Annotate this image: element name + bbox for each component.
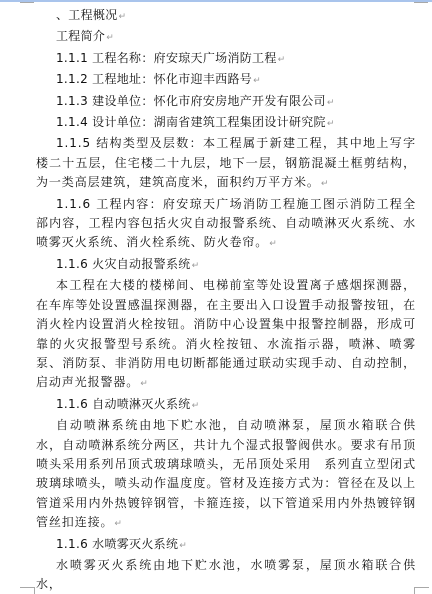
paragraph-mark-icon: ↵ bbox=[179, 541, 187, 551]
document-paragraph[interactable]: 本工程在大楼的楼梯间、电梯前室等处设置离子感烟探测器，在车库等处设置感温探测器，… bbox=[36, 276, 416, 394]
document-paragraph[interactable]: 1.1.6 工程内容：府安琼天广场消防工程施工图示消防工程全部内容，工程内容包括… bbox=[36, 195, 416, 255]
paragraph-mark-icon: ↵ bbox=[269, 239, 277, 249]
paragraph-text: 工程简介 bbox=[56, 29, 105, 43]
paragraph-mark-icon: ↵ bbox=[327, 119, 335, 129]
window-top-edge bbox=[0, 0, 432, 2]
document-paragraph[interactable]: 1.1.5 结构类型及层数：本工程属于新建工程，其中地上写字楼二十五层，住宅楼二… bbox=[36, 134, 416, 194]
paragraph-text: 1.1.3 建设单位：怀化市府安房地产开发有限公司 bbox=[56, 94, 326, 108]
paragraph-mark-icon: ↵ bbox=[327, 98, 335, 108]
paragraph-text: 1.1.2 工程地址：怀化市迎丰西路号 bbox=[56, 72, 252, 86]
paragraph-text: 1.1.5 结构类型及层数：本工程属于新建工程，其中地上写字楼二十五层，住宅楼二… bbox=[36, 136, 416, 189]
document-paragraph[interactable]: 1.1.4 设计单位：湖南省建筑工程集团设计研究院↵ bbox=[36, 113, 416, 134]
document-paragraph[interactable]: 1.1.2 工程地址：怀化市迎丰西路号↵ bbox=[36, 70, 416, 91]
document-paragraph[interactable]: 1.1.6 水喷雾灭火系统↵ bbox=[36, 535, 416, 556]
paragraph-text: 自动喷淋系统由地下贮水池，自动喷淋泵，屋顶水箱联合供水，自动喷淋系统分两区，共计… bbox=[36, 418, 416, 529]
document-paragraph[interactable]: 1.1.3 建设单位：怀化市府安房地产开发有限公司↵ bbox=[36, 92, 416, 113]
document-paragraph[interactable]: 1.1.6 自动喷淋灭火系统↵ bbox=[36, 395, 416, 416]
paragraph-mark-icon: ↵ bbox=[140, 379, 148, 389]
paragraph-text: 水喷雾灭火系统由地下贮水池，水喷雾泵，屋顶水箱联合供水， bbox=[36, 558, 416, 591]
paragraph-text: 1.1.4 设计单位：湖南省建筑工程集团设计研究院 bbox=[56, 115, 326, 129]
paragraph-mark-icon: ↵ bbox=[192, 261, 200, 271]
paragraph-mark-icon: ↵ bbox=[114, 519, 122, 529]
paragraph-text: 本工程在大楼的楼梯间、电梯前室等处设置离子感烟探测器，在车库等处设置感温探测器，… bbox=[36, 278, 416, 389]
paragraph-mark-icon: ↵ bbox=[321, 179, 329, 189]
margin-corner-mark-top-right bbox=[414, 2, 428, 3]
document-paragraph[interactable]: 工程简介↵ bbox=[36, 27, 416, 48]
paragraph-mark-icon: ↵ bbox=[106, 33, 114, 43]
paragraph-mark-icon: ↵ bbox=[192, 401, 200, 411]
paragraph-text: 1.1.1 工程名称：府安琼天广场消防工程 bbox=[56, 51, 277, 65]
paragraph-mark-icon: ↵ bbox=[253, 76, 261, 86]
margin-corner-mark-bottom-right bbox=[414, 587, 429, 594]
paragraph-text: 1.1.6 水喷雾灭火系统 bbox=[56, 537, 178, 551]
document-paragraph[interactable]: 水喷雾灭火系统由地下贮水池，水喷雾泵，屋顶水箱联合供水， bbox=[36, 556, 416, 594]
paragraph-mark-icon: ↵ bbox=[119, 12, 127, 22]
document-paragraph[interactable]: 1.1.1 工程名称：府安琼天广场消防工程↵ bbox=[36, 49, 416, 70]
document-page[interactable]: 、工程概况↵工程简介↵1.1.1 工程名称：府安琼天广场消防工程↵1.1.2 工… bbox=[36, 6, 416, 594]
document-paragraph[interactable]: 自动喷淋系统由地下贮水池，自动喷淋泵，屋顶水箱联合供水，自动喷淋系统分两区，共计… bbox=[36, 416, 416, 534]
paragraph-mark-icon: ↵ bbox=[278, 55, 286, 65]
paragraph-text: 1.1.6 自动喷淋灭火系统 bbox=[56, 397, 191, 411]
paragraph-text: 1.1.6 火灾自动报警系统 bbox=[56, 257, 191, 271]
margin-corner-mark-bottom-left bbox=[20, 587, 35, 594]
margin-corner-mark-top-left bbox=[20, 2, 34, 3]
paragraph-text: 、工程概况 bbox=[56, 8, 118, 22]
paragraph-text: 1.1.6 工程内容：府安琼天广场消防工程施工图示消防工程全部内容，工程内容包括… bbox=[36, 197, 416, 250]
document-paragraph[interactable]: 1.1.6 火灾自动报警系统↵ bbox=[36, 255, 416, 276]
document-paragraph[interactable]: 、工程概况↵ bbox=[36, 6, 416, 27]
